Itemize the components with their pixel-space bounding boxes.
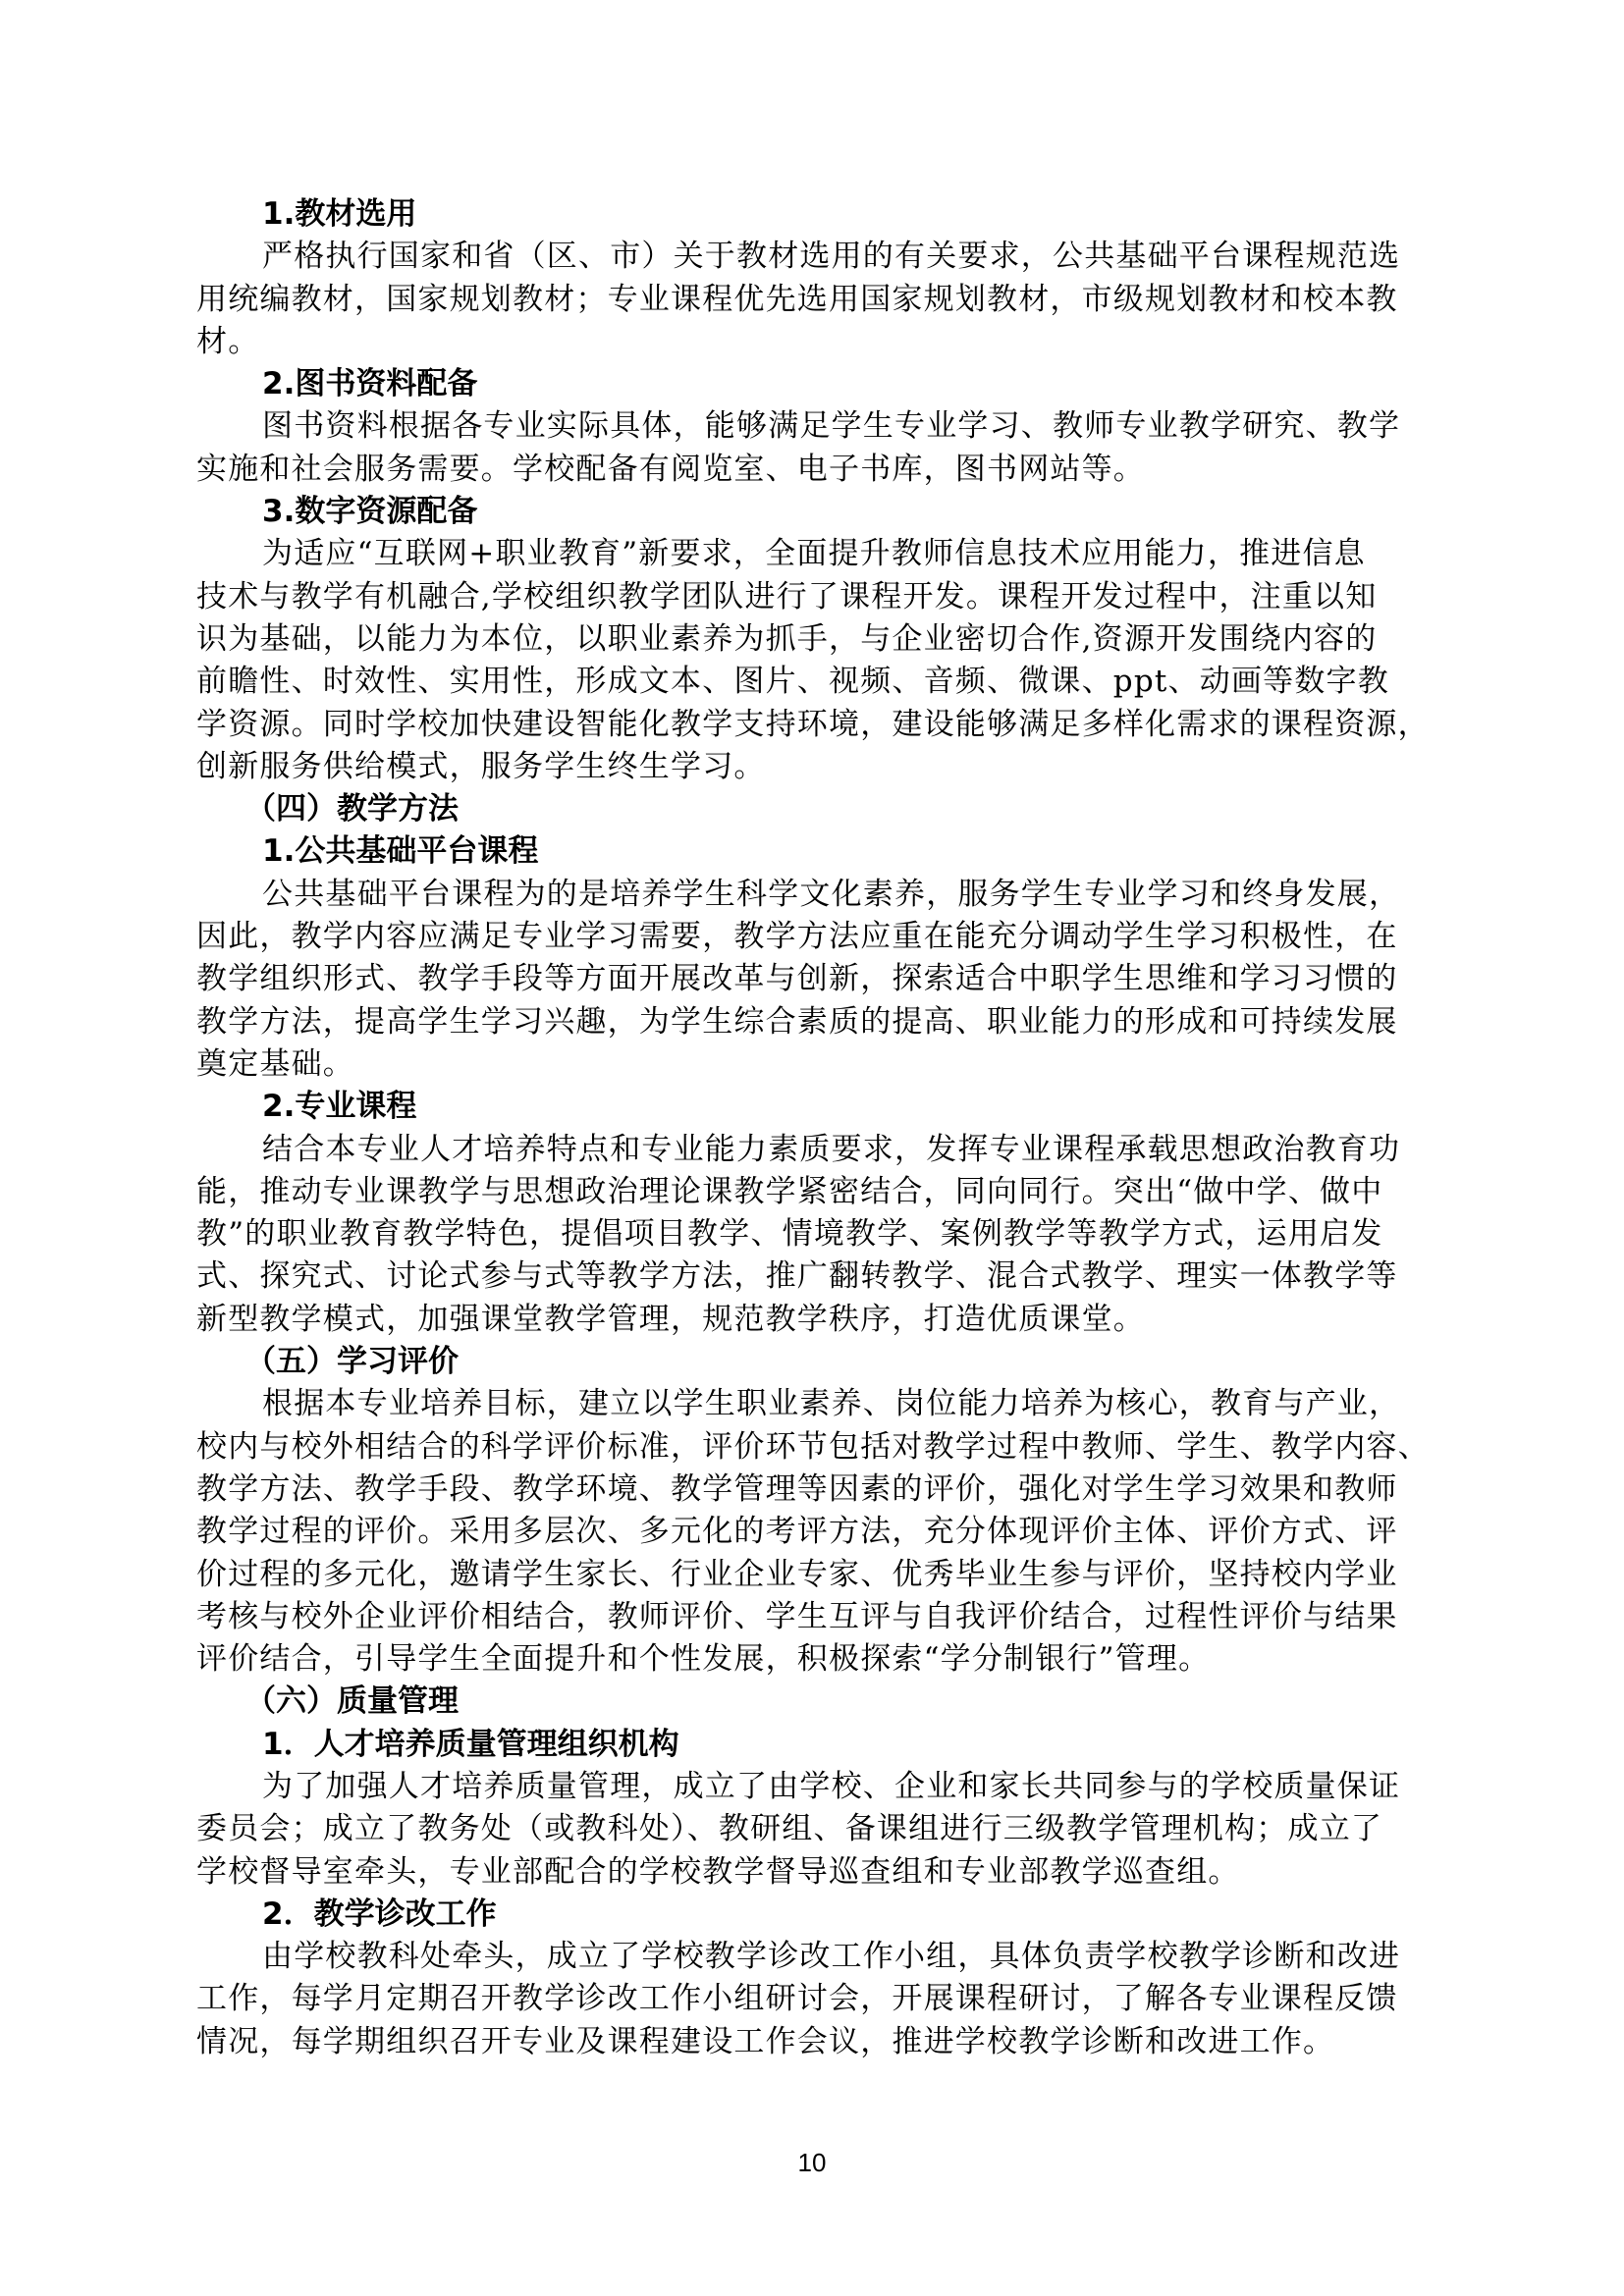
paragraph-line: 新型教学模式，加强课堂教学管理，规范教学秩序，打造优质课堂。	[196, 1299, 1434, 1341]
heading-library-resources: 2.图书资料配备	[196, 363, 1434, 405]
paragraph-line: 价过程的多元化，邀请学生家长、行业企业专家、优秀毕业生参与评价，坚持校内学业	[196, 1554, 1434, 1596]
heading-learning-evaluation: （五）学习评价	[196, 1341, 1434, 1383]
paragraph-library-resources: 图书资料根据各专业实际具体，能够满足学生专业学习、教师专业教学研究、教学 实施和…	[196, 405, 1434, 491]
paragraph-line: 教学过程的评价。采用多层次、多元化的考评方法，充分体现评价主体、评价方式、评	[196, 1511, 1434, 1553]
paragraph-line: 教学方法，提高学生学习兴趣，为学生综合素质的提高、职业能力的形成和可持续发展	[196, 1001, 1434, 1043]
paragraph-textbook-selection: 严格执行国家和省（区、市）关于教材选用的有关要求，公共基础平台课程规范选 用统编…	[196, 236, 1434, 363]
heading-public-foundation-courses: 1.公共基础平台课程	[196, 830, 1434, 873]
paragraph-quality-org: 为了加强人才培养质量管理，成立了由学校、企业和家长共同参与的学校质量保证 委员会…	[196, 1766, 1434, 1894]
paragraph-line: 前瞻性、时效性、实用性，形成文本、图片、视频、音频、微课、ppt、动画等数字教	[196, 661, 1434, 703]
paragraph-line: 教学组织形式、教学手段等方面开展改革与创新，探索适合中职学生思维和学习习惯的	[196, 958, 1434, 1000]
paragraph-line: 公共基础平台课程为的是培养学生科学文化素养，服务学生专业学习和终身发展，	[196, 874, 1434, 916]
paragraph-line: 材。	[196, 321, 1434, 363]
document-body: 1.教材选用 严格执行国家和省（区、市）关于教材选用的有关要求，公共基础平台课程…	[196, 193, 1434, 2063]
paragraph-line: 学校督导室牵头，专业部配合的学校教学督导巡查组和专业部教学巡查组。	[196, 1851, 1434, 1894]
heading-textbook-selection: 1.教材选用	[196, 193, 1434, 236]
paragraph-line: 为了加强人才培养质量管理，成立了由学校、企业和家长共同参与的学校质量保证	[196, 1766, 1434, 1808]
paragraph-line: 教”的职业教育教学特色，提倡项目教学、情境教学、案例教学等教学方式，运用启发	[196, 1213, 1434, 1255]
page-number: 10	[0, 2148, 1624, 2178]
paragraph-line: 用统编教材，国家规划教材；专业课程优先选用国家规划教材，市级规划教材和校本教	[196, 279, 1434, 321]
paragraph-line: 情况，每学期组织召开专业及课程建设工作会议，推进学校教学诊断和改进工作。	[196, 2021, 1434, 2063]
paragraph-digital-resources: 为适应“互联网+职业教育”新要求，全面提升教师信息技术应用能力，推进信息 技术与…	[196, 533, 1434, 788]
paragraph-learning-evaluation: 根据本专业培养目标，建立以学生职业素养、岗位能力培养为核心，教育与产业， 校内与…	[196, 1383, 1434, 1681]
paragraph-line: 奠定基础。	[196, 1043, 1434, 1086]
paragraph-line: 校内与校外相结合的科学评价标准，评价环节包括对教学过程中教师、学生、教学内容、	[196, 1426, 1434, 1468]
paragraph-line: 结合本专业人才培养特点和专业能力素质要求，发挥专业课程承载思想政治教育功	[196, 1129, 1434, 1171]
paragraph-line: 根据本专业培养目标，建立以学生职业素养、岗位能力培养为核心，教育与产业，	[196, 1383, 1434, 1425]
paragraph-line: 识为基础，以能力为本位，以职业素养为抓手，与企业密切合作,资源开发围绕内容的	[196, 618, 1434, 661]
paragraph-professional-courses: 结合本专业人才培养特点和专业能力素质要求，发挥专业课程承载思想政治教育功 能，推…	[196, 1129, 1434, 1341]
paragraph-line: 技术与教学有机融合,学校组织教学团队进行了课程开发。课程开发过程中，注重以知	[196, 576, 1434, 618]
paragraph-line: 委员会；成立了教务处（或教科处）、教研组、备课组进行三级教学管理机构；成立了	[196, 1808, 1434, 1850]
paragraph-teaching-diagnosis: 由学校教科处牵头，成立了学校教学诊改工作小组，具体负责学校教学诊断和改进 工作，…	[196, 1936, 1434, 2063]
paragraph-line: 图书资料根据各专业实际具体，能够满足学生专业学习、教师专业教学研究、教学	[196, 405, 1434, 448]
paragraph-line: 由学校教科处牵头，成立了学校教学诊改工作小组，具体负责学校教学诊断和改进	[196, 1936, 1434, 1978]
paragraph-line: 考核与校外企业评价相结合，教师评价、学生互评与自我评价结合，过程性评价与结果	[196, 1596, 1434, 1638]
heading-digital-resources: 3.数字资源配备	[196, 491, 1434, 533]
heading-professional-courses: 2.专业课程	[196, 1086, 1434, 1128]
paragraph-line: 为适应“互联网+职业教育”新要求，全面提升教师信息技术应用能力，推进信息	[196, 533, 1434, 575]
paragraph-public-foundation-courses: 公共基础平台课程为的是培养学生科学文化素养，服务学生专业学习和终身发展， 因此，…	[196, 874, 1434, 1086]
paragraph-line: 学资源。同时学校加快建设智能化教学支持环境，建设能够满足多样化需求的课程资源，	[196, 704, 1434, 746]
paragraph-line: 实施和社会服务需要。学校配备有阅览室、电子书库，图书网站等。	[196, 449, 1434, 491]
paragraph-line: 评价结合，引导学生全面提升和个性发展，积极探索“学分制银行”管理。	[196, 1638, 1434, 1681]
heading-quality-management: （六）质量管理	[196, 1681, 1434, 1723]
paragraph-line: 能，推动专业课教学与思想政治理论课教学紧密结合，同向同行。突出“做中学、做中	[196, 1171, 1434, 1213]
heading-teaching-diagnosis: 2．教学诊改工作	[196, 1894, 1434, 1936]
paragraph-line: 因此，教学内容应满足专业学习需要，教学方法应重在能充分调动学生学习积极性，在	[196, 916, 1434, 958]
paragraph-line: 创新服务供给模式，服务学生终生学习。	[196, 746, 1434, 788]
paragraph-line: 工作，每学月定期召开教学诊改工作小组研讨会，开展课程研讨，了解各专业课程反馈	[196, 1978, 1434, 2020]
heading-quality-org: 1．人才培养质量管理组织机构	[196, 1724, 1434, 1766]
paragraph-line: 教学方法、教学手段、教学环境、教学管理等因素的评价，强化对学生学习效果和教师	[196, 1468, 1434, 1511]
paragraph-line: 严格执行国家和省（区、市）关于教材选用的有关要求，公共基础平台课程规范选	[196, 236, 1434, 278]
heading-teaching-methods: （四）教学方法	[196, 788, 1434, 830]
paragraph-line: 式、探究式、讨论式参与式等教学方法，推广翻转教学、混合式教学、理实一体教学等	[196, 1255, 1434, 1298]
